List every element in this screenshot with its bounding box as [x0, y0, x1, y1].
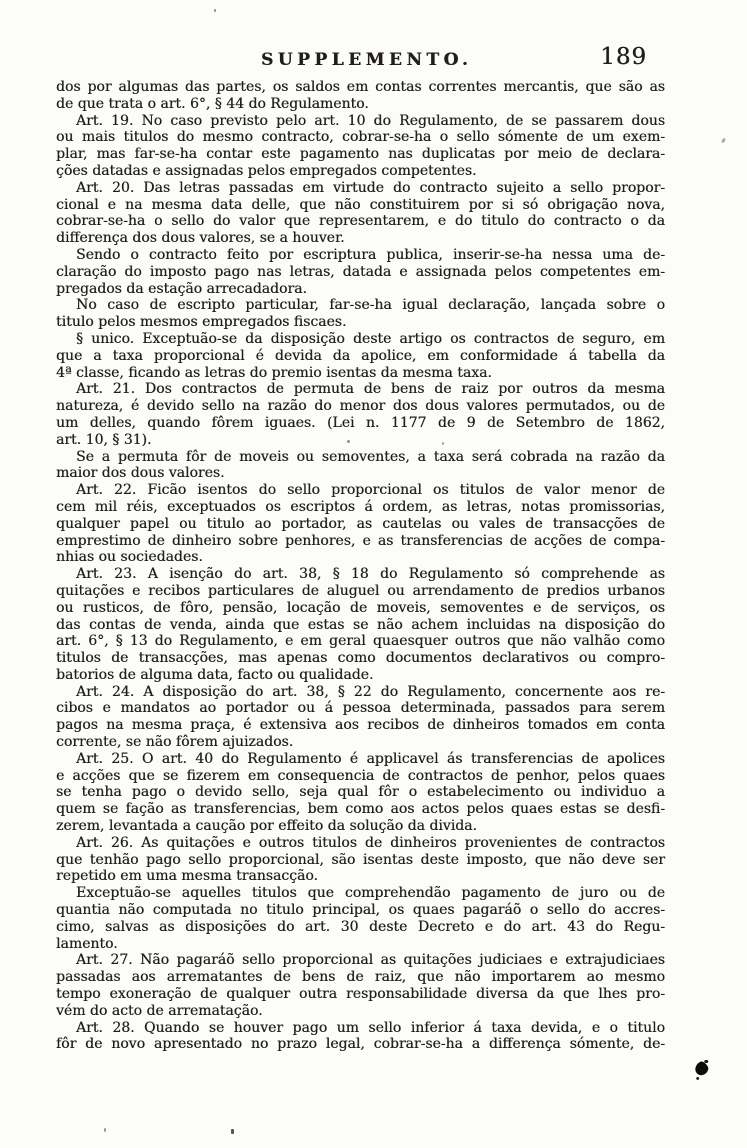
text-line: tempo exoneração de qualquer outra respo…	[56, 986, 665, 1003]
text-line: cem mil réis, exceptuados os escriptos á…	[56, 499, 665, 516]
text-line: plar, mas far-se-ha contar este pagament…	[56, 146, 665, 163]
page-header-title: SUPPLEMENTO.	[261, 50, 472, 70]
text-line: art. 6°, § 13 do Regulamento, e em geral…	[56, 633, 665, 650]
text-line: que a taxa proporcional é devida da apol…	[56, 348, 665, 365]
text-line: dos por algumas das partes, os saldos em…	[56, 79, 665, 96]
dust-speck	[721, 138, 725, 144]
text-line: quitações e recibos particulares de alug…	[56, 583, 665, 600]
text-line: pagos na mesma praça, é extensiva aos re…	[56, 717, 665, 734]
text-line: Art. 20. Das letras passadas em virtude …	[56, 180, 665, 197]
text-line: batorios de alguma data, facto ou qualid…	[56, 667, 665, 684]
dust-speck	[214, 9, 216, 12]
text-line: differença dos dous valores, se a houver…	[56, 230, 665, 247]
text-line: um delles, quando fôrem iguaes. (Lei n. …	[56, 415, 665, 432]
text-line: maior dos dous valores.	[56, 465, 665, 482]
dust-speck	[104, 1128, 106, 1132]
text-line: zerem, levantada a caução por effeito da…	[56, 818, 665, 835]
text-line: titulos de transacções, mas apenas como …	[56, 650, 665, 667]
text-line: natureza, é devido sello na razão do men…	[56, 398, 665, 415]
document-page: SUPPLEMENTO. 189 dos por algumas das par…	[0, 0, 747, 1148]
text-line: Art. 23. A isenção do art. 38, § 18 do R…	[56, 566, 665, 583]
ink-blot	[693, 1060, 711, 1078]
text-line: lamento.	[56, 936, 665, 953]
text-line: ções datadas e assignadas pelos empregad…	[56, 163, 665, 180]
text-line: quantia não computada no titulo principa…	[56, 902, 665, 919]
text-line: § unico. Exceptuão-se da disposição dest…	[56, 331, 665, 348]
text-line: se tenha pago o devido sello, seja qual …	[56, 784, 665, 801]
text-line: Art. 21. Dos contractos de permuta de be…	[56, 381, 665, 398]
text-line: pregados da estação arrecadadora.	[56, 281, 665, 298]
text-line: emprestimo de dinheiro sobre penhores, e…	[56, 533, 665, 550]
text-line: repetido em uma mesma transacção.	[56, 868, 665, 885]
text-line: cimo, salvas as disposições do art. 30 d…	[56, 919, 665, 936]
text-line: qualquer papel ou titulo ao portador, as…	[56, 516, 665, 533]
running-head: SUPPLEMENTO. 189	[56, 46, 665, 76]
text-line: vém do acto de arrematação.	[56, 1003, 665, 1020]
text-line: cibos e mandatos ao portador ou á pessoa…	[56, 700, 665, 717]
text-line: de que trata o art. 6°, § 44 do Regulame…	[56, 96, 665, 113]
text-line: art. 10, § 31).	[56, 432, 665, 449]
text-line: que tenhão pago sello proporcional, são …	[56, 852, 665, 869]
text-line: e acções que se fizerem em consequencia …	[56, 768, 665, 785]
text-line: Art. 25. O art. 40 do Regulamento é appl…	[56, 751, 665, 768]
text-line: quem se fação as transferencias, bem com…	[56, 801, 665, 818]
text-line: Art. 26. As quitações e outros titulos d…	[56, 835, 665, 852]
text-line: Sendo o contracto feito por escriptura p…	[56, 247, 665, 264]
text-line: cional e na mesma data delle, que não co…	[56, 197, 665, 214]
text-line: corrente, se não fôrem ajuizados.	[56, 734, 665, 751]
dust-speck	[231, 1129, 234, 1134]
dust-speck	[442, 442, 444, 445]
text-line: titulo pelos mesmos empregados fiscaes.	[56, 314, 665, 331]
page-number: 189	[600, 44, 647, 70]
text-line: ou rusticos, de fôro, pensão, locação de…	[56, 600, 665, 617]
text-line: ou mais titulos do mesmo contracto, cobr…	[56, 129, 665, 146]
text-block: dos por algumas das partes, os saldos em…	[56, 79, 665, 1053]
text-line: Art. 27. Não pagaráõ sello proporcional …	[56, 952, 665, 969]
text-line: Art. 28. Quando se houver pago um sello …	[56, 1020, 665, 1037]
text-line: Art. 22. Ficão isentos do sello proporci…	[56, 482, 665, 499]
text-line: das contas de venda, ainda que estas se …	[56, 617, 665, 634]
text-line: fôr de novo apresentado no prazo legal, …	[56, 1036, 665, 1053]
dust-speck	[347, 440, 350, 443]
text-line: Se a permuta fôr de moveis ou semoventes…	[56, 449, 665, 466]
text-line: 4ª classe, ficando as letras do premio i…	[56, 365, 665, 382]
text-line: Art. 19. No caso previsto pelo art. 10 d…	[56, 113, 665, 130]
text-line: cobrar-se-ha o sello do valor que repres…	[56, 213, 665, 230]
text-line: claração do imposto pago nas letras, dat…	[56, 264, 665, 281]
text-line: passadas aos arrematantes de bens de rai…	[56, 969, 665, 986]
text-line: Art. 24. A disposição do art. 38, § 22 d…	[56, 684, 665, 701]
text-line: nhias ou sociedades.	[56, 549, 665, 566]
text-line: No caso de escripto particular, far-se-h…	[56, 297, 665, 314]
text-line: Exceptuão-se aquelles titulos que compre…	[56, 885, 665, 902]
